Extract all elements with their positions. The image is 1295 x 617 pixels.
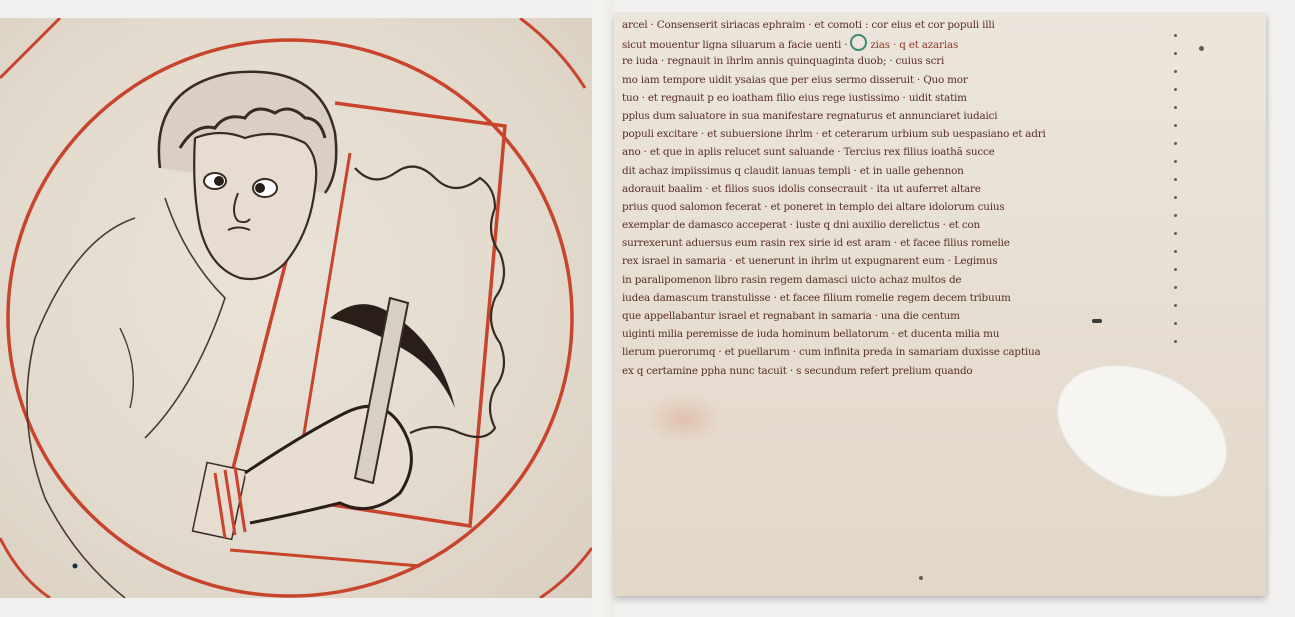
ink-spot [1092,319,1102,323]
prick-mark [1174,52,1177,55]
roundel-drawing [0,18,592,598]
text-line: ex q certamine ppha nunc tacuit · s secu… [622,362,1062,380]
text-line: sicut mouentur ligna siluarum a facie ue… [622,34,1062,52]
gutter [592,0,614,617]
prick-mark [1174,340,1177,343]
prick-mark [1174,88,1177,91]
manuscript-page: arcel · Consenserit siriacas ephraim · e… [614,14,1266,596]
green-initial-o [850,34,867,51]
prick-mark [1174,214,1177,217]
text-line: surrexerunt aduersus eum rasin rex sirie… [622,234,1062,252]
text-line: tuo · et regnauit p eo ioatham filio eiu… [622,89,1062,107]
prick-mark [1174,286,1177,289]
ink-spot [1199,46,1204,51]
text-line: prius quod salomon fecerat · et poneret … [622,198,1062,216]
ink-stain [644,394,724,444]
text-line: in paralipomenon libro rasin regem damas… [622,271,1062,289]
parchment-hole [1035,339,1249,524]
text-line: dit achaz impiissimus q claudit ianuas t… [622,162,1062,180]
text-line: ano · et que in aplis relucet sunt salua… [622,143,1062,161]
illustration-panel [0,18,592,598]
ink-spot [919,576,923,580]
text-line: re iuda · regnauit in ihrlm annis quinqu… [622,52,1062,70]
manuscript-text: arcel · Consenserit siriacas ephraim · e… [622,16,1062,380]
text-line: pplus dum saluatore in sua manifestare r… [622,107,1062,125]
text-line: rex israel in samaria · et uenerunt in i… [622,252,1062,270]
prick-mark [1174,304,1177,307]
prick-mark [1174,142,1177,145]
prick-mark [1174,160,1177,163]
prick-mark [1174,232,1177,235]
text-line: arcel · Consenserit siriacas ephraim · e… [622,16,1062,34]
prick-mark [1174,106,1177,109]
prick-mark [1174,250,1177,253]
text-line: lierum puerorumq · et puellarum · cum in… [622,343,1062,361]
prick-mark [1174,178,1177,181]
text-line: mo iam tempore uidit ysaias que per eius… [622,71,1062,89]
text-line: exemplar de damasco acceperat · iuste q … [622,216,1062,234]
prick-mark [1174,70,1177,73]
prick-mark [1174,322,1177,325]
text-line: adorauit baalim · et filios suos idolis … [622,180,1062,198]
prick-mark [1174,196,1177,199]
text-line: populi excitare · et subuersione ihrlm ·… [622,125,1062,143]
prick-mark [1174,124,1177,127]
striped-cuff [193,463,247,540]
prick-mark [1174,34,1177,37]
text-line: que appellabantur israel et regnabant in… [622,307,1062,325]
text-line: uiginti milia peremisse de iuda hominum … [622,325,1062,343]
text-line: iudea damascum transtulisse · et facee f… [622,289,1062,307]
prick-mark [1174,268,1177,271]
